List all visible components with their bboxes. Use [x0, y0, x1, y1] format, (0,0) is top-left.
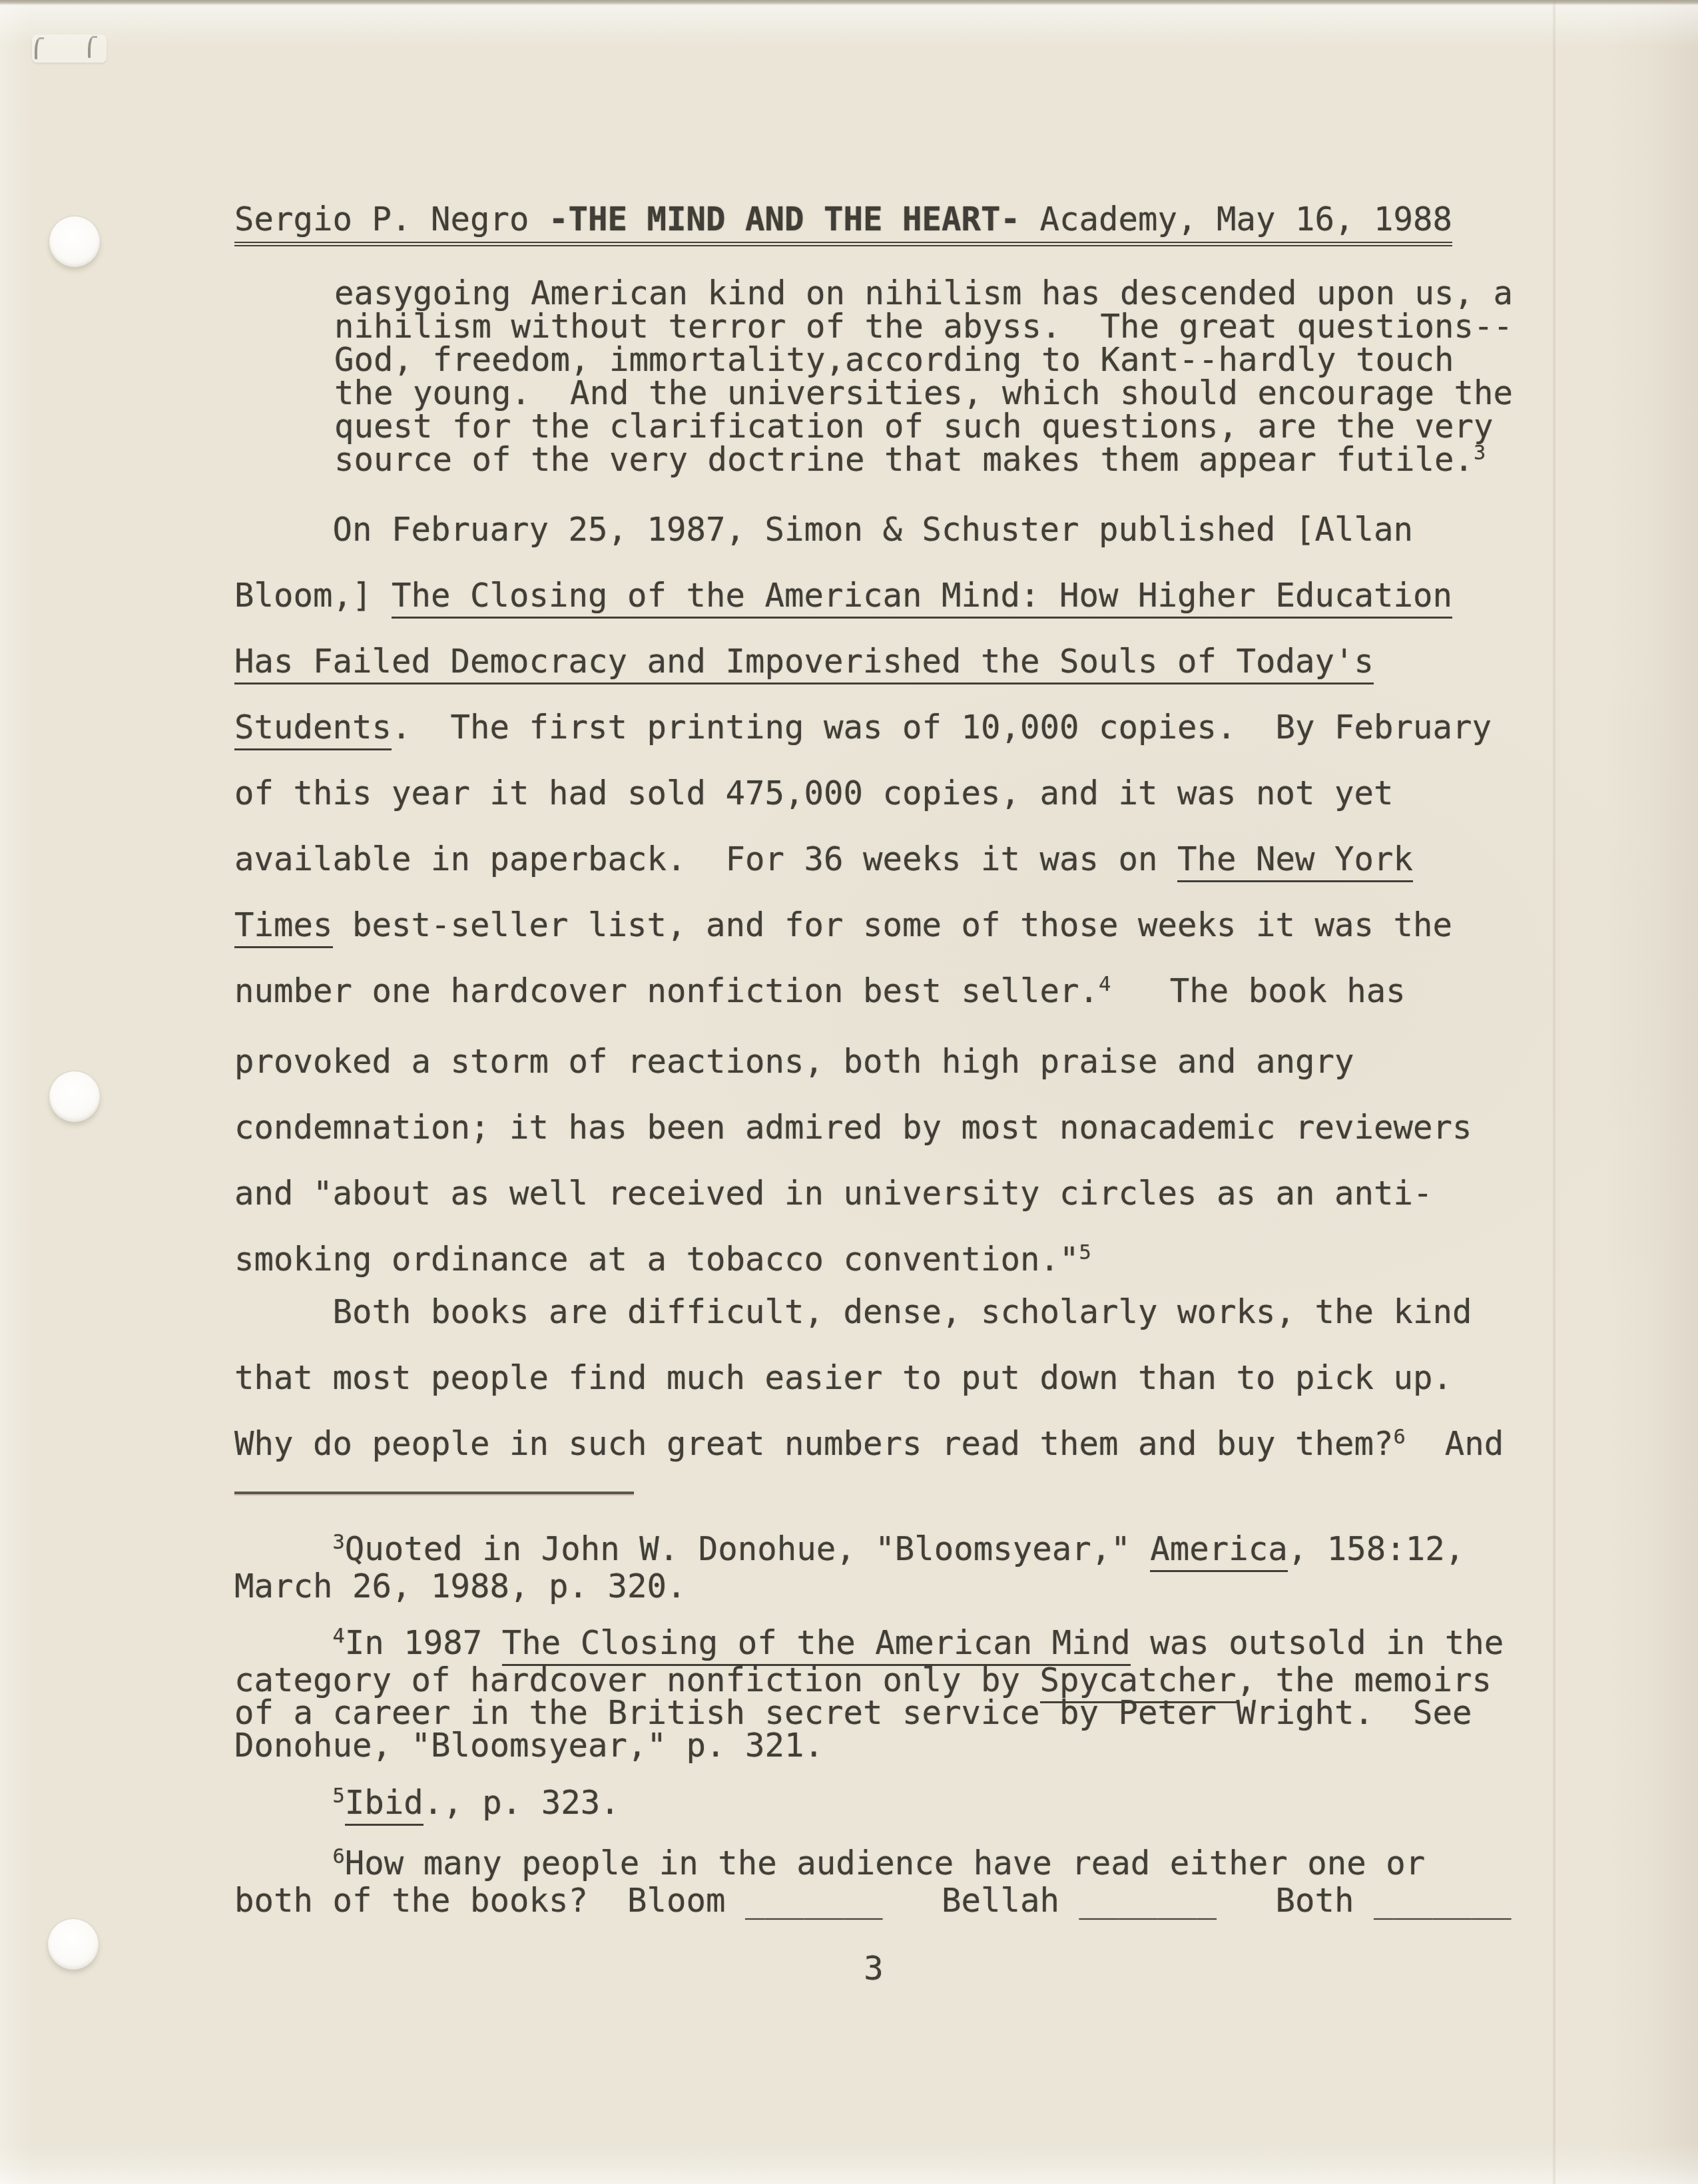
- footnote-6: 6How many people in the audience have re…: [234, 1847, 1512, 1917]
- footnote-3: 3Quoted in John W. Donohue, "Bloomsyear,…: [234, 1533, 1464, 1603]
- footnote-5: 5Ibid., p. 323.: [234, 1786, 620, 1824]
- staple-mark-icon: [35, 37, 44, 59]
- staple-mark-icon: [88, 36, 97, 58]
- body-paragraph-1: On February 25, 1987, Simon & Schuster p…: [234, 497, 1492, 1297]
- page-number: 3: [234, 1950, 1513, 1988]
- footnote-separator-rule: [234, 1492, 634, 1494]
- body-paragraph-2: Both books are difficult, dense, scholar…: [234, 1279, 1504, 1482]
- scanned-document-page: { "colors": { "paper": "#eae5d7", "ink":…: [0, 0, 1698, 2184]
- hole-punch-icon: [48, 1919, 99, 1970]
- hole-punch-icon: [49, 216, 100, 267]
- document-header: Sergio P. Negro -THE MIND AND THE HEART-…: [234, 201, 1452, 238]
- block-quote: easygoing American kind on nihilism has …: [334, 277, 1513, 481]
- hole-punch-icon: [49, 1071, 100, 1122]
- footnote-4: 4In 1987 The Closing of the American Min…: [234, 1627, 1504, 1762]
- scan-streak: [1553, 0, 1556, 2184]
